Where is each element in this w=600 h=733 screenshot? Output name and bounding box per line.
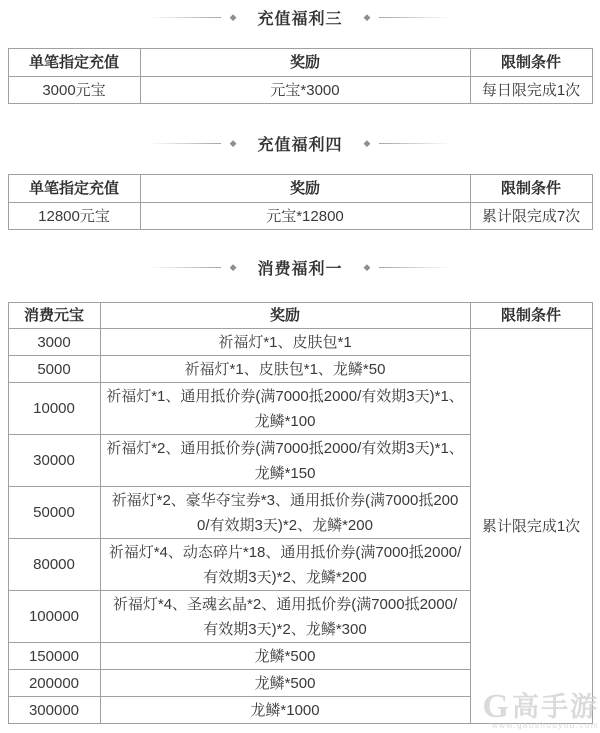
table-header-row: 单笔指定充值 奖励 限制条件 <box>8 175 592 203</box>
column-header-limit: 限制条件 <box>470 303 592 329</box>
consume-amount-cell: 200000 <box>8 670 100 697</box>
diamond-icon: ◆ <box>364 139 371 148</box>
limit-cell: 每日限完成1次 <box>470 77 592 104</box>
decor-line-left <box>149 143 221 144</box>
decor-line-left <box>149 267 221 268</box>
reward-cell: 龙鳞*500 <box>100 643 470 670</box>
reward-cell: 元宝*12800 <box>140 203 470 230</box>
column-header-recharge-amount: 单笔指定充值 <box>8 175 140 203</box>
diamond-icon: ◆ <box>230 263 237 272</box>
consume-amount-cell: 30000 <box>8 435 100 487</box>
consume-amount-cell: 50000 <box>8 487 100 539</box>
diamond-icon: ◆ <box>364 263 371 272</box>
reward-cell: 祈福灯*1、通用抵价券(满7000抵2000/有效期3天)*1、龙鳞*100 <box>100 383 470 435</box>
consume-amount-cell: 150000 <box>8 643 100 670</box>
reward-cell: 祈福灯*4、动态碎片*18、通用抵价券(满7000抵2000/有效期3天)*2、… <box>100 539 470 591</box>
consume-amount-cell: 5000 <box>8 356 100 383</box>
limit-cell: 累计限完成7次 <box>470 203 592 230</box>
reward-cell: 祈福灯*1、皮肤包*1 <box>100 329 470 356</box>
recharge-3-table: 单笔指定充值 奖励 限制条件 3000元宝 元宝*3000 每日限完成1次 <box>8 48 593 104</box>
section-title: 充值福利三 <box>257 6 342 29</box>
column-header-limit: 限制条件 <box>470 49 592 77</box>
reward-cell: 龙鳞*1000 <box>100 697 470 724</box>
decor-line-left <box>149 17 221 18</box>
reward-cell: 元宝*3000 <box>140 77 470 104</box>
column-header-recharge-amount: 单笔指定充值 <box>8 49 140 77</box>
column-header-consume-amount: 消费元宝 <box>8 303 100 329</box>
decor-line-right <box>379 143 451 144</box>
table-row: 3000 祈福灯*1、皮肤包*1 累计限完成1次 <box>8 329 592 356</box>
table-row: 12800元宝 元宝*12800 累计限完成7次 <box>8 203 592 230</box>
reward-cell: 祈福灯*2、豪华夺宝券*3、通用抵价券(满7000抵2000/有效期3天)*2、… <box>100 487 470 539</box>
table-header-row: 单笔指定充值 奖励 限制条件 <box>8 49 592 77</box>
reward-cell: 祈福灯*2、通用抵价券(满7000抵2000/有效期3天)*1、龙鳞*150 <box>100 435 470 487</box>
section-header-recharge-3: ◆ 充值福利三 ◆ <box>0 7 600 27</box>
section-header-consume-1: ◆ 消费福利一 ◆ <box>0 257 600 277</box>
section-title: 充值福利四 <box>257 132 342 155</box>
recharge-amount-cell: 3000元宝 <box>8 77 140 104</box>
reward-cell: 祈福灯*4、圣魂玄晶*2、通用抵价券(满7000抵2000/有效期3天)*2、龙… <box>100 591 470 643</box>
reward-cell: 祈福灯*1、皮肤包*1、龙鳞*50 <box>100 356 470 383</box>
limit-merged-cell: 累计限完成1次 <box>470 329 592 724</box>
recharge-amount-cell: 12800元宝 <box>8 203 140 230</box>
section-header-recharge-4: ◆ 充值福利四 ◆ <box>0 133 600 153</box>
diamond-icon: ◆ <box>364 13 371 22</box>
consume-amount-cell: 300000 <box>8 697 100 724</box>
column-header-limit: 限制条件 <box>470 175 592 203</box>
consume-amount-cell: 80000 <box>8 539 100 591</box>
section-title: 消费福利一 <box>257 256 342 279</box>
table-header-row: 消费元宝 奖励 限制条件 <box>8 303 592 329</box>
consume-amount-cell: 3000 <box>8 329 100 356</box>
column-header-reward: 奖励 <box>140 175 470 203</box>
benefits-document: { "page": { "background": "#ffffff", "te… <box>0 0 600 733</box>
recharge-4-table: 单笔指定充值 奖励 限制条件 12800元宝 元宝*12800 累计限完成7次 <box>8 174 593 230</box>
table-row: 3000元宝 元宝*3000 每日限完成1次 <box>8 77 592 104</box>
consume-amount-cell: 100000 <box>8 591 100 643</box>
decor-line-right <box>379 267 451 268</box>
reward-cell: 龙鳞*500 <box>100 670 470 697</box>
column-header-reward: 奖励 <box>140 49 470 77</box>
consume-1-table: 消费元宝 奖励 限制条件 3000 祈福灯*1、皮肤包*1 累计限完成1次 50… <box>8 302 593 724</box>
diamond-icon: ◆ <box>230 139 237 148</box>
decor-line-right <box>379 17 451 18</box>
consume-amount-cell: 10000 <box>8 383 100 435</box>
diamond-icon: ◆ <box>230 13 237 22</box>
column-header-reward: 奖励 <box>100 303 470 329</box>
